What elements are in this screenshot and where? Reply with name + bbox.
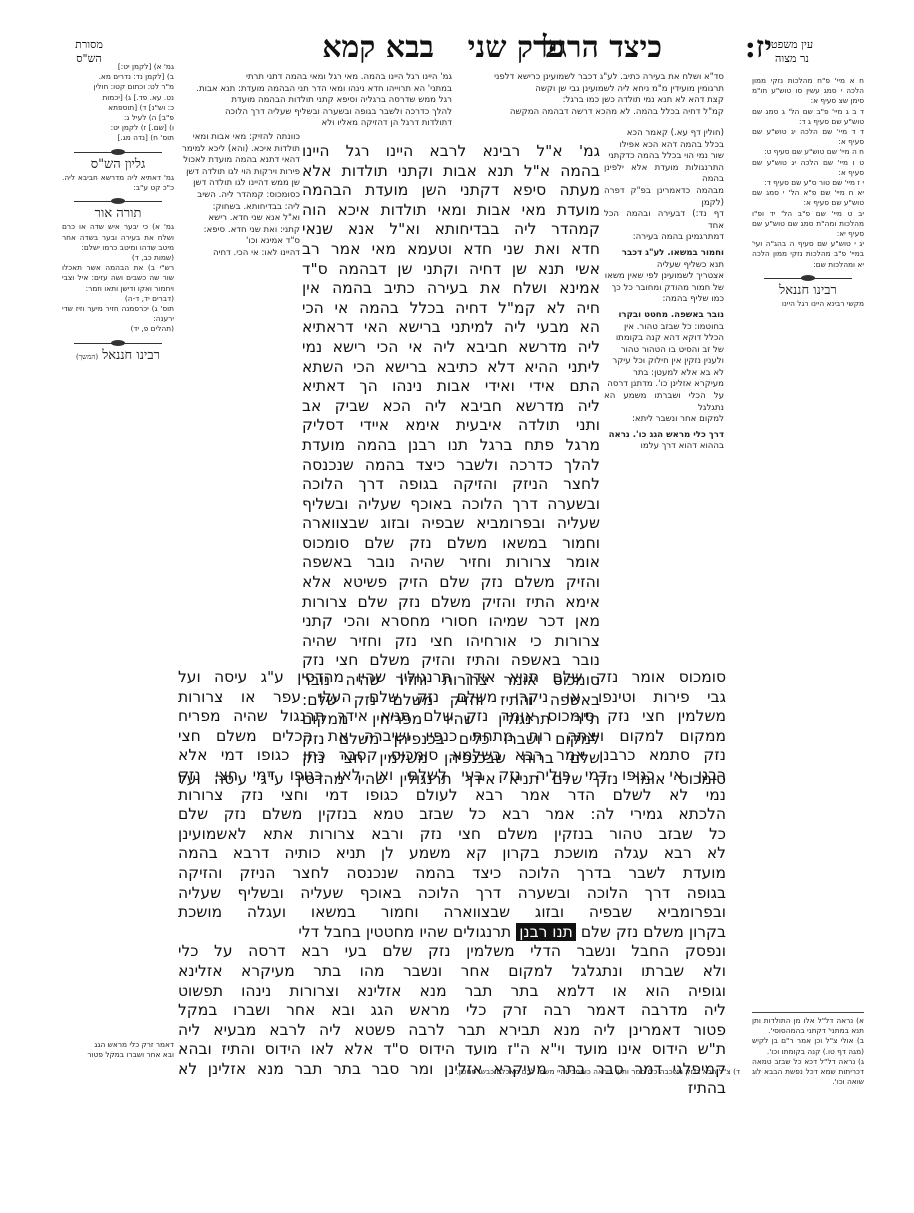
ein-mishpat-entry: יג י טוש"ע שם סעיף ה בהג"ה ועי' במיי' פ"…: [752, 239, 864, 270]
footnote-bottom: ד) צ"ל הכא בנזק משכבה כלי סמר ותעו ביראה…: [180, 1067, 740, 1077]
tosafot-line: תנא כשליף שעליה: [604, 260, 724, 272]
tosafot-line: בחוטמו: כל שבזב טהור. אין: [604, 322, 724, 334]
tosafot-line: הכלל דוקא דהא קנה בקומתו: [604, 333, 724, 345]
gemara-line: משלמין חצי נזק סומכוס אומר נזק שלם תניא …: [178, 707, 726, 727]
gemara-line: נזק סתמא כרבנן אמר רבא בשלמא סומכוס קסבר…: [178, 746, 726, 766]
gemara-text-span: בקרון משלם נזק שלם: [581, 923, 726, 941]
rabbeinu-chananel-subtitle: (המשך): [76, 353, 98, 361]
tosafot-line: דף נד:) דבעירה ובהמה הכל אחד: [604, 209, 724, 232]
right-rabbeinu-chananel-title: רבינו חננאל: [752, 286, 864, 296]
ein-mishpat-entry: ח ה מיי' שם טוש"ע שם סעיף ט:: [752, 147, 864, 157]
gemara-line: קמהדר ליה בבדיחותא וא"ל אנא שנאי: [302, 220, 600, 240]
mesoret-entry: גמ' א) [לקמן יט:]: [62, 62, 174, 72]
gemara-line: פטור דאמרינן ליה מנא תבירא תבר לרבה פשטא…: [178, 1021, 726, 1041]
ornament-divider: [764, 274, 852, 282]
gemara-line: ממקום למקום ויצתה רוח מתחת כנפיו ושיברה …: [178, 727, 726, 747]
tosafot-column: סד"א ושלח את בעירה כתיב. לע"ג דכבר לשמוע…: [452, 72, 724, 118]
rashi-line: קתני: ואת שני חדא. סיפא:: [182, 225, 300, 237]
rabbeinu-chananel-line: ובא אחר ושברו במקל פטור: [62, 1050, 174, 1060]
mesoret-entry: ב) [לקמן נד: נדרים מא.: [62, 72, 174, 82]
gemara-line: ובפרומביא שבפיה ובזוג שבצווארה וחמור במש…: [178, 903, 726, 923]
gemara-line: מעתה סיפא דקתני השן מועדת הבהמה: [302, 181, 600, 201]
gemara-line: חיה לא קמ"ל דחיה בכלל בהמה אי הכי: [302, 299, 600, 319]
ein-mishpat-entry: יב ט מיי' שם פ"ב הל' יד ופ"ו מהלכות ומה"…: [752, 209, 864, 240]
gemara-line: ותני תולדה איבעית אימא איידי דסליק: [302, 416, 600, 436]
gemara-line: נמי לא לשלם הדר אמר רבא לעולם כגופו דמי …: [178, 786, 726, 806]
gemara-line: ולא שברתו ונתגלגל למקום אחר ונשבר מהו בת…: [178, 962, 726, 982]
rashi-line: במתני' הא תרוייהו חדא נינהו ומאי הדר תני…: [182, 84, 452, 96]
rashi-line: דהיינו לאו: אי הכי. דחיה: [182, 248, 300, 260]
tosafot-line: קמ"ל דחיה בכלל בהמה. לא מהכא דרשה דבהמה …: [452, 107, 724, 119]
tosafot-line: מבהמה כדאמרינן בפ"ק דפרה (לקמן: [604, 186, 724, 209]
mesoret-entry: נט. עא. פד.] ג) [יכמות: [62, 93, 174, 103]
ein-mishpat-entry: ח א מיי' פ"ח מהלכות נזקי ממון הלכה י סמג…: [752, 76, 864, 107]
rashi-line: רגל ממש שדרסה ברגליה וסיפא קתני תולדות ה…: [182, 95, 452, 107]
ein-mishpat: ח א מיי' פ"ח מהלכות נזקי ממון הלכה י סמג…: [752, 76, 864, 270]
right-margin: ח א מיי' פ"ח מהלכות נזקי ממון הלכה י סמג…: [752, 76, 864, 309]
tosafot-line: לא בא אלא למעטן: בתר: [604, 368, 724, 380]
highlighted-phrase[interactable]: תנו רבנן: [516, 923, 576, 941]
tosafot-line: (חולין דף עא.) קאמר הכא: [604, 128, 724, 140]
tosafot-line: דמתרגמינן בהמה בעירה:: [604, 232, 724, 244]
ein-mishpat-entry: ד ב ג מיי' פ"ב שם הל' ג סמג שם טוש"ע שם …: [752, 107, 864, 127]
mesoret-hashas: גמ' א) [לקמן יט:] ב) [לקמן נד: נדרים מא.…: [62, 62, 174, 144]
gemara-line: גבי פירות וטינפו או ניקרו משלם נזק שלם ה…: [178, 688, 726, 708]
rashi-line: להלך כדרכה ולשבר בגופה ובשערה ובשליף שעל…: [182, 107, 452, 119]
gemara-line: ליתני ההיא דלא כתיבא ברישא הכי השתא: [302, 358, 600, 378]
gemara-line: חדא ואת שני חדא וטעמא מאי אמר רב: [302, 240, 600, 260]
gemara-line: ליה מדרבה דאמר רבה זרק כלי מראש הגג ובא …: [178, 1001, 726, 1021]
gemara-line: להלך כדרכה ולשבר כיצד בהמה שנכנסה: [302, 456, 600, 476]
gemara-line: ונפסק החבל ונשבר הדלי משלמין נזק שלם בעי…: [178, 942, 726, 962]
rashi-line: שן ממש דהיינו לגו תולדה דשן: [182, 178, 300, 190]
gemara-line: בהתיז: [178, 1079, 726, 1099]
rashi-column-narrow: כוונתה להזיק: מאי אבות ומאי תולדות איכא.…: [182, 132, 300, 260]
gemara-line: גמ' א"ל רבינא לרבא היינו רגל היינו: [302, 142, 600, 162]
tosafot-dibur-hamatchil: דרך כלי מראש הגג כו'. נראה: [609, 430, 724, 440]
gemara-line: בהמה א"ל תנא אבות וקתני תולדות אלא: [302, 162, 600, 182]
tosafot-line: אצטריך לשמועינן לפי שאין משאו: [604, 271, 724, 283]
gemara-line: אשי תנא שן דחיה וקתני שן דבהמה ס"ד: [302, 260, 600, 280]
gemara-line: רבנן אי כגופו דמי כוליה נזק בעי לשלם ואי…: [178, 766, 726, 786]
gemara-text-span: תרנגולים שהיו מחטטין בחבל דלי: [298, 923, 511, 941]
torah-or-citation: (שמות כב, ד): [62, 253, 174, 263]
rabbeinu-chananel-line: דאמר זרק כלי מראש הגג: [62, 1040, 174, 1050]
rabbeinu-chananel-title-text: רבינו חננאל: [102, 348, 160, 363]
gemara-line: אומר צרורות וחזיר שהיה נובר באשפה: [302, 553, 600, 573]
gemara-line: ת"ש הידוס אינו מועד וי"א ה"ז מועד הידוס …: [178, 1040, 726, 1060]
gemara-line: התם אידי ואידי אבות נינהו הך דאתיא: [302, 377, 600, 397]
mesoret-label-line1: מסורת: [64, 38, 114, 52]
rashi-line: גמ' היינו רגל היינו בהמה. מאי רגל ומאי ב…: [182, 72, 452, 84]
gemara-line: מועדת מאי אבות ומאי תולדות איכא הוה: [302, 201, 600, 221]
gilyon-hashas-text: גמ' דאתיא ליה מדרשא חביבא ליה. כ"כ קט ע"…: [62, 173, 174, 193]
tosafot-line: בההוא דהוא דרך עלמו: [604, 441, 724, 453]
gemara-line: לא רבא עגלה מושכת בקרון קא משמע לן תניא …: [178, 844, 726, 864]
ornament-divider: [74, 197, 162, 205]
rashi-line: דתולדות דרגל הן דהזיקה מאליו ולא: [182, 118, 452, 130]
gemara-wide-text-block: סומכוס אומר נזק שלם תניא אידך תרנגולין ש…: [178, 668, 726, 1099]
ein-mishpat-entry: יא ח מיי' שם פ"א הל' י סמג שם טוש"ע שם ס…: [752, 188, 864, 208]
mesoret-entry: תוס' ח) [נדה מג.]: [62, 133, 174, 143]
tosafot-line: שור נמי הוי בכלל בהמה כדקתני: [604, 151, 724, 163]
ein-mishpat-entry: ד ד מיי' שם הלכה יג טוש"ע שם סעיף א:: [752, 127, 864, 147]
gemara-line: שעליה ובפרומביא שבפיה ובזוג שבצווארה: [302, 514, 600, 534]
gemara-line: אימא התיז והזיק משלם נזק שלם צרורות: [302, 593, 600, 613]
mesoret-entry: מ"ר לט: וכתום קטו: חולין: [62, 82, 174, 92]
left-rabbeinu-chananel-end: דאמר זרק כלי מראש הגג ובא אחר ושברו במקל…: [62, 1040, 174, 1060]
gemara-line: והזיק משלם נזק שלם הזיק פשיטא אלא: [302, 573, 600, 593]
tosafot-line: מעיקרא אזלינן כו'. מדתנן דרסה: [604, 379, 724, 391]
tosafot-line: קצת דהא לא תנא נמי תולדה כשן כמו ברגל:: [452, 95, 724, 107]
tosafot-line: ולענין נזקין אין חילוק וכל עיקר: [604, 356, 724, 368]
rabbeinu-chananel-line: מקשי רבינא היינו רגל היינו: [752, 299, 864, 309]
rashi-column: גמ' היינו רגל היינו בהמה. מאי רגל ומאי ב…: [182, 72, 452, 130]
rashi-line: דהאי דתנא בהמה מועדת לאכול: [182, 155, 300, 167]
rashi-line: פירות וירקות הוי לגו תולדה דשן: [182, 167, 300, 179]
tosafot-column-narrow: (חולין דף עא.) קאמר הכא בכלל בהמה דהא הכ…: [604, 128, 724, 453]
tosafot-line: של חמור מהודק ומחובר כל כך: [604, 283, 724, 295]
footnote: א) נראה דל"ל אלו מן התולדות ותן תנא במתנ…: [752, 1016, 864, 1036]
gemara-line: ובשערה דרך הלוכה באוכף שעליה ובשליף: [302, 495, 600, 515]
gemara-line: וגופיה הוא או דלמא בתר תבר מנא אזלינא וצ…: [178, 982, 726, 1002]
torah-or-citation: (דברים יד, ד-ה): [62, 294, 174, 304]
gemara-line: כל שבזב טהור בנזקין משלם חצי נזק ורבא צר…: [178, 825, 726, 845]
tosafot-line: סד"א ושלח את בעירה כתיב. לע"ג דכבר לשמוע…: [452, 72, 724, 84]
rashi-line: ליה: בבדיחותא. בשחוק:: [182, 202, 300, 214]
footnote: ד) צ"ל הכא בנזק משכבה כלי סמר ותעו ביראה…: [456, 1067, 740, 1076]
tosafot-line: תרגומין מועידין מ"מ ניחא ליה לשמועינן גב…: [452, 84, 724, 96]
daf-number: יז:: [745, 30, 772, 65]
mesoret-entry: פ"ב] ה) לעיל ג:: [62, 113, 174, 123]
ornament-divider: [74, 339, 162, 347]
footnote: ג) נראה דל"ל דכא כל שבזב טמאה דכריתות שמ…: [752, 1057, 864, 1088]
tractate-name: בבא קמא: [322, 30, 434, 65]
footnote-rule: [752, 1012, 864, 1013]
gemara-line: וחמור במשאו משלם נזק שלם סומכוס: [302, 534, 600, 554]
gemara-line: מרגל פתח ברגל תנו רבנן בהמה מועדת: [302, 436, 600, 456]
torah-or-entry: רש"י ב) את הבהמה אשר תאכלו שור שה כשבים …: [62, 263, 174, 294]
tosafot-dibur-hamatchil: נובר באשפה. מחטט ובקרו: [618, 310, 724, 320]
chapter-number: פרק שני: [468, 30, 564, 65]
left-rabbeinu-chananel-title: רבינו חננאל (המשך): [62, 351, 174, 362]
left-margin: גמ' א) [לקמן יט:] ב) [לקמן נד: נדרים מא.…: [62, 62, 174, 365]
torah-or-title: תורה אור: [62, 209, 174, 219]
gemara-line: ליה מדרשא חביבא ליה אי הכי רישא נמי: [302, 338, 600, 358]
footnotes: א) נראה דל"ל אלו מן התולדות ותן תנא במתנ…: [752, 1016, 864, 1087]
footnote: ב) אולי צ"ל וכן אמר ר"ם בן לקיש (מגה דף …: [752, 1036, 864, 1056]
tosafot-line: על הכלי ושברתו משמע הא נתגלגל: [604, 391, 724, 414]
tosafot-dibur-hamatchil: וחמור במשאו. לע"ג דכבר: [622, 248, 724, 258]
torah-or-citation: (תהלים פ, יד): [62, 324, 174, 334]
gilyon-hashas-title: גליון הש"ס: [62, 160, 174, 170]
rashi-line: כוונתה להזיק: מאי אבות ומאי: [182, 132, 300, 144]
gemara-line: מאן דכר שמיהו חסורי מחסרא והכי קתני: [302, 612, 600, 632]
gemara-line: בגופה דרך הלוכה ובשערה דרך הלוכה באוכף ש…: [178, 884, 726, 904]
ornament-divider: [74, 148, 162, 156]
tosafot-line: כמו שליף בהמה:: [604, 294, 724, 306]
rashi-line: וא"ל אנא שני חדא. רישא: [182, 213, 300, 225]
rashi-line: ס"ד אמינא וכו': [182, 236, 300, 248]
gemara-line: מועדת לשבר בדרך הלוכה כיצד בהמה שנכנסה ל…: [178, 864, 726, 884]
mesoret-entry: ו) [שם.] ז) לקמן יט:: [62, 123, 174, 133]
gemara-line: צרורות כי אורחיהו חצי נזק וחזיר שהיה: [302, 632, 600, 652]
rashi-line: תולדות איכא. (והא) ליכא למימר: [182, 144, 300, 156]
rashi-line: כסומכוס: קמהדר ליה. השיב: [182, 190, 300, 202]
gemara-line: אמינא ושלח את בעירה כתיב בהמה אין: [302, 279, 600, 299]
tosafot-line: התרנגולות מועדת אלא ילפינן בהמה: [604, 163, 724, 186]
torah-or-entry: תוס' ג) יכרסמנה חזיר מיער וזיז שדי ירענה…: [62, 304, 174, 324]
gemara-line: הלכתא גמירי לה: אמר רבא כל שבזב טמא בנזק…: [178, 805, 726, 825]
gemara-line: סומכוס אומר נזק שלם תניא אידך תרנגולין ש…: [178, 668, 726, 688]
tosafot-line: בכלל בהמה דהא הכא אפילו: [604, 140, 724, 152]
torah-or-entry: גמ' א) כי יבער איש שדה או כרם ושלח את בע…: [62, 222, 174, 253]
gemara-line-boxed: בקרון משלם נזק שלם תנו רבנן תרנגולים שהי…: [178, 923, 726, 943]
tosafot-line: של זב והסיט בו הטהור טהור: [604, 345, 724, 357]
ein-mishpat-entry: ט ו מיי' שם הלכה יג טוש"ע שם סעיף א:: [752, 158, 864, 178]
mesoret-entry: כ: וש"נ] ד) [תוספתא: [62, 103, 174, 113]
gemara-line: הא מבעי ליה למיתני ברישא האי דראתיא: [302, 318, 600, 338]
gemara-line: לחצר הניזק והזיקה בגופה דרך הלוכה: [302, 475, 600, 495]
tosafot-line: למקום אחר ונשבר ליתא:: [604, 414, 724, 426]
ein-mishpat-entry: י ז מיי' שם טור ס"ע שם סעיף ד:: [752, 178, 864, 188]
gemara-line: ליה מדרשא חביבא ליה הכא שביק אב: [302, 397, 600, 417]
